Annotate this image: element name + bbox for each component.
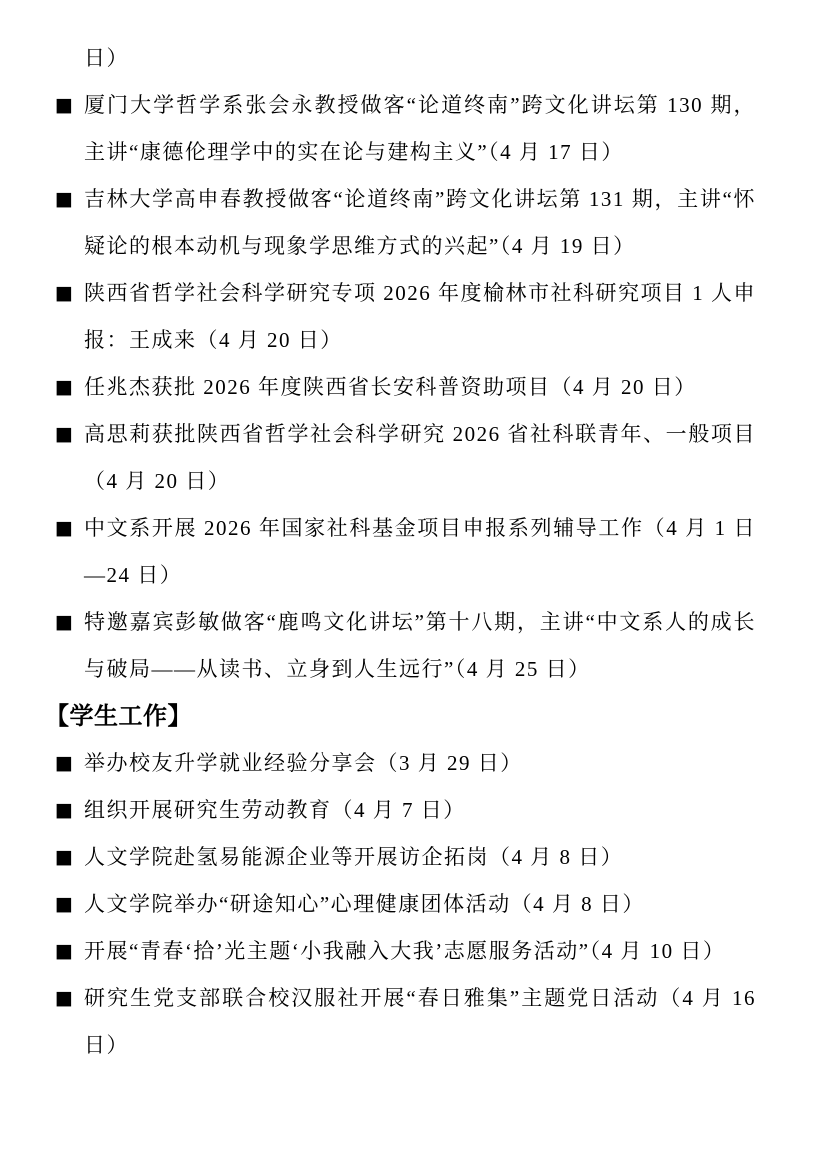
bullet-square-icon: ■ — [55, 411, 73, 458]
list-item: ■特邀嘉宾彭敏做客“鹿鸣文化讲坛”第十八期，主讲“中文系人的成长与破局——从读书… — [84, 599, 756, 693]
list-item: ■任兆杰获批 2026 年度陕西省长安科普资助项目（4 月 20 日） — [84, 364, 756, 411]
section-heading-text: 【学生工作】 — [45, 703, 192, 730]
item-text: 人文学院赴氢易能源企业等开展访企拓岗（4 月 8 日） — [84, 845, 623, 869]
list-item: ■厦门大学哲学系张会永教授做客“论道终南”跨文化讲坛第 130 期，主讲“康德伦… — [84, 82, 756, 176]
list-item: ■开展“青春‘拾’光主题‘小我融入大我’志愿服务活动”（4 月 10 日） — [84, 928, 756, 975]
list-item: ■中文系开展 2026 年国家社科基金项目申报系列辅导工作（4 月 1 日—24… — [84, 505, 756, 599]
list-item: ■高思莉获批陕西省哲学社会科学研究 2026 省社科联青年、一般项目（4 月 2… — [84, 411, 756, 505]
bullet-square-icon: ■ — [55, 928, 73, 975]
list-item: ■人文学院赴氢易能源企业等开展访企拓岗（4 月 8 日） — [84, 834, 756, 881]
item-text: 人文学院举办“研途知心”心理健康团体活动（4 月 8 日） — [84, 892, 645, 916]
list-item: ■举办校友升学就业经验分享会（3 月 29 日） — [84, 740, 756, 787]
list-item: ■组织开展研究生劳动教育（4 月 7 日） — [84, 787, 756, 834]
item-text: 组织开展研究生劳动教育（4 月 7 日） — [84, 798, 466, 822]
item-text: 厦门大学哲学系张会永教授做客“论道终南”跨文化讲坛第 130 期，主讲“康德伦理… — [84, 93, 756, 164]
item-text: 高思莉获批陕西省哲学社会科学研究 2026 省社科联青年、一般项目（4 月 20… — [84, 422, 756, 493]
bullet-square-icon: ■ — [55, 740, 73, 787]
bullet-square-icon: ■ — [55, 599, 73, 646]
bullet-square-icon: ■ — [55, 975, 73, 1022]
item-text: 特邀嘉宾彭敏做客“鹿鸣文化讲坛”第十八期，主讲“中文系人的成长与破局——从读书、… — [84, 610, 756, 681]
continuation-line: 日） — [84, 35, 756, 82]
list-item: ■吉林大学高申春教授做客“论道终南”跨文化讲坛第 131 期，主讲“怀疑论的根本… — [84, 176, 756, 270]
bullet-square-icon: ■ — [55, 881, 73, 928]
item-text: 日） — [84, 46, 129, 70]
document-page: 日）■厦门大学哲学系张会永教授做客“论道终南”跨文化讲坛第 130 期，主讲“康… — [0, 0, 818, 1150]
document-body: 日）■厦门大学哲学系张会永教授做客“论道终南”跨文化讲坛第 130 期，主讲“康… — [84, 35, 756, 1069]
list-item: ■研究生党支部联合校汉服社开展“春日雅集”主题党日活动（4 月 16 日） — [84, 975, 756, 1069]
bullet-square-icon: ■ — [55, 176, 73, 223]
item-text: 陕西省哲学社会科学研究专项 2026 年度榆林市社科研究项目 1 人申报：王成来… — [84, 281, 756, 352]
bullet-square-icon: ■ — [55, 270, 73, 317]
item-text: 举办校友升学就业经验分享会（3 月 29 日） — [84, 751, 523, 775]
item-text: 研究生党支部联合校汉服社开展“春日雅集”主题党日活动（4 月 16 日） — [84, 986, 756, 1057]
item-text: 吉林大学高申春教授做客“论道终南”跨文化讲坛第 131 期，主讲“怀疑论的根本动… — [84, 187, 756, 258]
bullet-square-icon: ■ — [55, 82, 73, 129]
bullet-square-icon: ■ — [55, 834, 73, 881]
item-text: 任兆杰获批 2026 年度陕西省长安科普资助项目（4 月 20 日） — [84, 375, 697, 399]
bullet-square-icon: ■ — [55, 505, 73, 552]
item-text: 中文系开展 2026 年国家社科基金项目申报系列辅导工作（4 月 1 日—24 … — [84, 516, 756, 587]
list-item: ■人文学院举办“研途知心”心理健康团体活动（4 月 8 日） — [84, 881, 756, 928]
section-heading: 【学生工作】 — [45, 693, 756, 740]
bullet-square-icon: ■ — [55, 787, 73, 834]
item-text: 开展“青春‘拾’光主题‘小我融入大我’志愿服务活动”（4 月 10 日） — [84, 939, 725, 963]
bullet-square-icon: ■ — [55, 364, 73, 411]
list-item: ■陕西省哲学社会科学研究专项 2026 年度榆林市社科研究项目 1 人申报：王成… — [84, 270, 756, 364]
